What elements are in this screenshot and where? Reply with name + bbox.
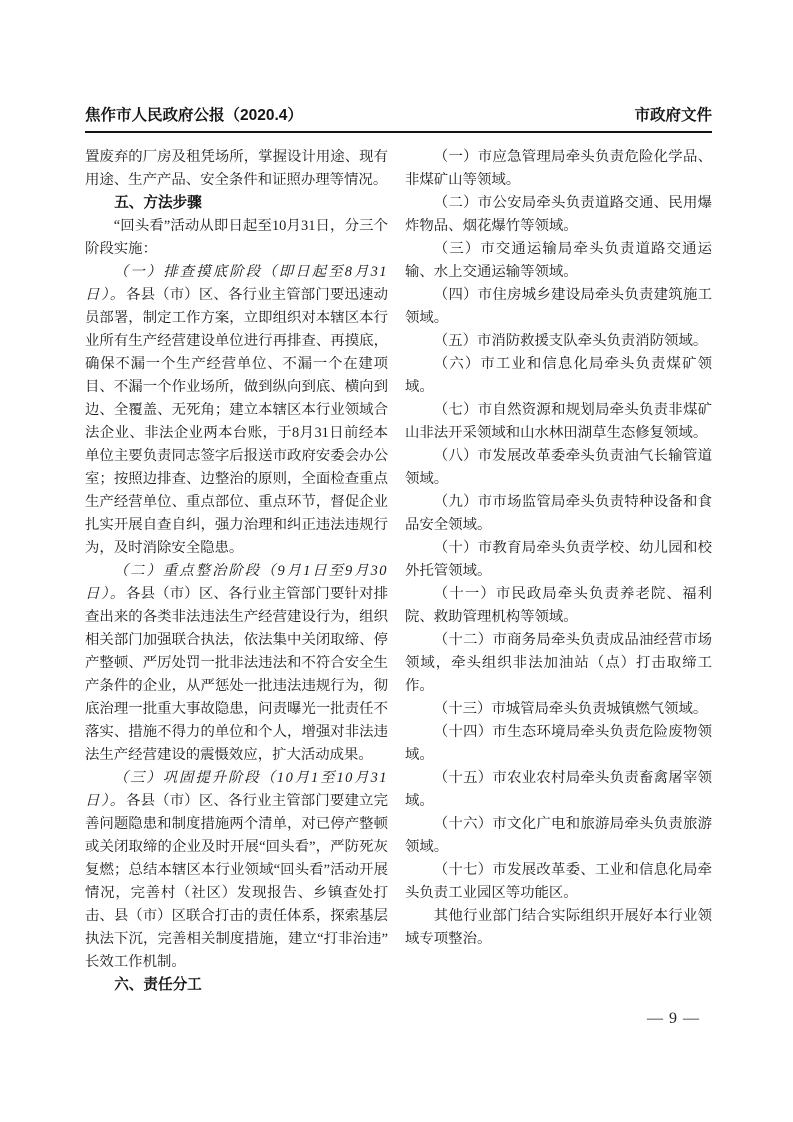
assignment-item-15: （十五）市农业农村局牵头负责畜禽屠宰领域。 [405, 767, 712, 813]
page-header: 焦作市人民政府公报（2020.4） 市政府文件 [85, 106, 712, 126]
paragraph-stage-2: （二）重点整治阶段（9月1日至9月30日）。各县（市）区、各行业主管部门要针对排… [85, 560, 388, 767]
assignment-item-2: （二）市公安局牵头负责道路交通、民用爆炸物品、烟花爆竹等领域。 [405, 192, 712, 238]
assignment-item-16: （十六）市文化广电和旅游局牵头负责旅游领域。 [405, 813, 712, 859]
paragraph-stage-3: （三）巩固提升阶段（10月1至10月31日）。各县（市）区、各行业主管部门要建立… [85, 767, 388, 974]
assignment-item-17: （十七）市发展改革委、工业和信息化局牵头负责工业园区等功能区。 [405, 859, 712, 905]
assignment-item-4: （四）市住房城乡建设局牵头负责建筑施工领域。 [405, 284, 712, 330]
assignment-item-12: （十二）市商务局牵头负责成品油经营市场领域，牵头组织非法加油站（点）打击取缔工作… [405, 629, 712, 698]
document-body: 置废弃的厂房及租凭场所，掌握设计用途、现有用途、生产产品、安全条件和证照办理等情… [85, 146, 712, 997]
assignment-item-1: （一）市应急管理局牵头负责危险化学品、非煤矿山等领域。 [405, 146, 712, 192]
section-heading-responsibility: 六、责任分工 [85, 974, 388, 997]
assignment-item-10: （十）市教育局牵头负责学校、幼儿园和校外托管领域。 [405, 537, 712, 583]
section-heading-methods: 五、方法步骤 [85, 192, 388, 215]
assignment-item-3: （三）市交通运输局牵头负责道路交通运输、水上交通运输等领域。 [405, 238, 712, 284]
paragraph-continuation: 置废弃的厂房及租凭场所，掌握设计用途、现有用途、生产产品、安全条件和证照办理等情… [85, 146, 388, 192]
right-column: （一）市应急管理局牵头负责危险化学品、非煤矿山等领域。 （二）市公安局牵头负责道… [405, 146, 712, 997]
paragraph-other-departments: 其他行业部门结合实际组织开展好本行业领域专项整治。 [405, 905, 712, 951]
assignment-item-5: （五）市消防救援支队牵头负责消防领域。 [405, 330, 712, 353]
paragraph-stage-1: （一）排查摸底阶段（即日起至8月31日）。各县（市）区、各行业主管部门要迅速动员… [85, 261, 388, 560]
stage-3-text: 各县（市）区、各行业主管部门要建立完善问题隐患和制度措施两个清单，对已停产整顿或… [85, 793, 388, 970]
assignment-item-6: （六）市工业和信息化局牵头负责煤矿领域。 [405, 353, 712, 399]
assignment-item-13: （十三）市城管局牵头负责城镇燃气领域。 [405, 698, 712, 721]
gazette-title: 焦作市人民政府公报（2020.4） [85, 106, 303, 126]
assignment-item-8: （八）市发展改革委牵头负责油气长输管道领域。 [405, 445, 712, 491]
assignment-item-7: （七）市自然资源和规划局牵头负责非煤矿山非法开采领域和山水林田湖草生态修复领域。 [405, 399, 712, 445]
document-category: 市政府文件 [634, 106, 712, 126]
assignment-item-11: （十一）市民政局牵头负责养老院、福利院、救助管理机构等领域。 [405, 583, 712, 629]
stage-2-text: 各县（市）区、各行业主管部门要针对排查出来的各类非法违法生产经营建设行为，组织相… [85, 586, 388, 763]
gazette-page: 焦作市人民政府公报（2020.4） 市政府文件 置废弃的厂房及租凭场所，掌握设计… [0, 0, 793, 1122]
left-column: 置废弃的厂房及租凭场所，掌握设计用途、现有用途、生产产品、安全条件和证照办理等情… [85, 146, 388, 997]
assignment-item-14: （十四）市生态环境局牵头负责危险废物领域。 [405, 721, 712, 767]
paragraph-intro: “回头看”活动从即日起至10月31日，分三个阶段实施： [85, 215, 388, 261]
assignment-item-9: （九）市市场监管局牵头负责特种设备和食品安全领域。 [405, 491, 712, 537]
stage-1-text: 各县（市）区、各行业主管部门要迅速动员部署，制定工作方案，立即组织对本辖区本行业… [85, 287, 388, 556]
header-rule [85, 131, 712, 133]
page-number: — 9 — [647, 1010, 700, 1028]
